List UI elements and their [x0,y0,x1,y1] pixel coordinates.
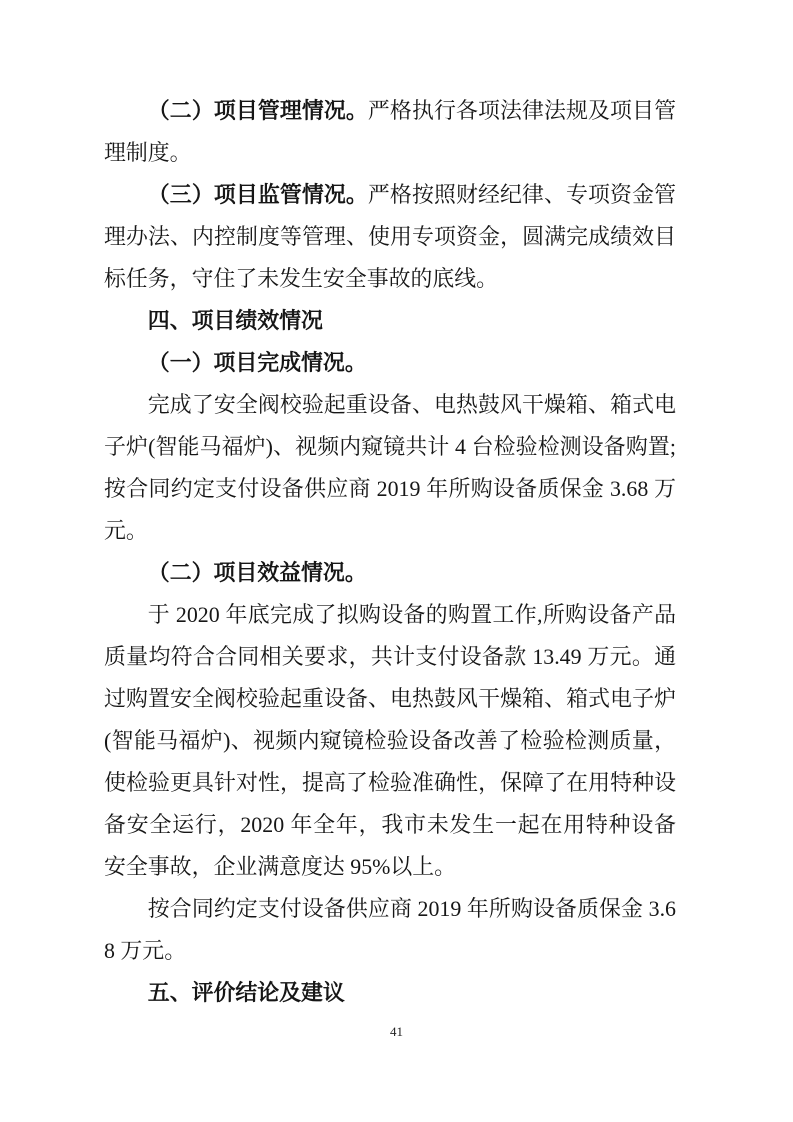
para-project-management-lead: （二）项目管理情况。 [148,98,368,123]
para-project-supervision: （三）项目监管情况。严格按照财经纪律、专项资金管理办法、内控制度等管理、使用专项… [104,174,676,300]
heading-project-completion: （一）项目完成情况。 [104,342,676,384]
heading-project-benefit: （二）项目效益情况。 [104,552,676,594]
para-completion-detail: 完成了安全阀校验起重设备、电热鼓风干燥箱、箱式电子炉(智能马福炉)、视频内窥镜共… [104,384,676,552]
para-project-management: （二）项目管理情况。严格执行各项法律法规及项目管理制度。 [104,90,676,174]
para-benefit-detail: 于 2020 年底完成了拟购设备的购置工作,所购设备产品质量均符合合同相关要求，… [104,594,676,888]
heading-conclusion-suggestions: 五、评价结论及建议 [104,972,676,1014]
heading-project-performance: 四、项目绩效情况 [104,300,676,342]
page-number: 41 [0,1022,793,1042]
document-text-block: （二）项目管理情况。严格执行各项法律法规及项目管理制度。 （三）项目监管情况。严… [104,90,676,1014]
para-project-supervision-lead: （三）项目监管情况。 [148,182,368,207]
para-warranty-payment: 按合同约定支付设备供应商 2019 年所购设备质保金 3.68 万元。 [104,888,676,972]
document-page: （二）项目管理情况。严格执行各项法律法规及项目管理制度。 （三）项目监管情况。严… [0,0,793,1122]
